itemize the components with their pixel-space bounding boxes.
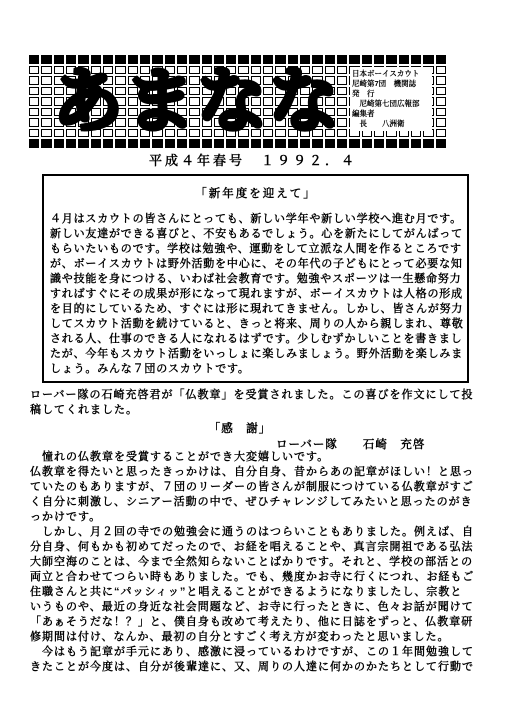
text-line: 修期間は付け、なんか、最初の自分とすごく考え方が変わったと思いました。 (30, 630, 492, 645)
text-line: ローバー隊の石崎充啓君が「仏教章」を受賞されました。この喜びを作文にして投 (30, 388, 490, 403)
text-line: たが、今年もスカウト活動をいっしょに楽しみましょう。野外活動を楽しみま (50, 347, 462, 362)
essay-body: 憧れの仏教章を受賞することができ大変嬉しいです。仏教章を得たいと思ったきっかけは… (30, 450, 492, 675)
text-line: 「あぁそうだな！？」と、僕自身も改めて考えたり、他に日誌をずっと、仏教章研 (30, 615, 492, 630)
newsletter-title: あまなな (53, 56, 341, 146)
essay-title: 「感 謝」 (30, 420, 450, 436)
text-line: しょう。みんな７団のスカウトです。 (50, 362, 462, 377)
text-line: 尼崎第七団広報部 (352, 99, 432, 109)
text-line: っかけです。 (30, 510, 492, 525)
publisher-info: 日本ボーイスカウト尼崎第7団 機関誌発 行 尼崎第七団広報部編集者 長 八洲衛 (350, 67, 432, 131)
text-line: もらいたいものです。学校は勉強や、運動をして立派な人間を作るところです (50, 242, 462, 257)
text-line: く自分に刺激し、シニアー活動の中で、ぜひチャレンジしてみたいと思ったのがき (30, 495, 492, 510)
text-line: 識や技能を身につける、いわば社会教育です。勉強やスポーツは一生懸命努力 (50, 272, 462, 287)
greeting-box: 「新年度を迎えて」 ４月はスカウトの皆さんにとっても、新しい学年や新しい学校へ進… (42, 174, 469, 383)
text-line: 両立と合わせてつらい時もありました。でも、幾度かお寺に行くにつれ、お経もご (30, 570, 492, 585)
text-line: 尼崎第7団 機関誌 (352, 79, 432, 89)
text-line: 大師空海のことは、今まで全然知らないことばかりです。それと、学校の部活との (30, 555, 492, 570)
text-line: 分自身、何もかも初めてだったので、お経を唱えることや、真言宗開祖である弘法 (30, 540, 492, 555)
text-line: 仏教章を得たいと思ったきっかけは、自分自身、昔からあの記章がほしい！と思っ (30, 465, 492, 480)
greeting-box-body: ４月はスカウトの皆さんにとっても、新しい学年や新しい学校へ進む月です。新しい友達… (50, 212, 462, 377)
text-line: ていたのもありますが、７団のリーダーの皆さんが制服につけている仏教章がすご (30, 480, 492, 495)
text-line: 新しい友達ができる喜びと、不安もあるでしょう。心を新たにしてがんばって (50, 227, 462, 242)
text-line: 長 八洲衛 (352, 119, 432, 129)
text-line: きたことが今度は、自分が後輩達に、又、周りの人達に何かのかたちとして行動で (30, 660, 492, 675)
text-line: を目的にしているため、すぐには形に現れてきません。しかし、皆さんが努力 (50, 302, 462, 317)
text-line: が、ボーイスカウトは野外活動を中心に、その年代の子どもにとって必要な知 (50, 257, 462, 272)
issue-date-line: 平成４年春号 １９９２．４ (0, 150, 506, 169)
text-line: 発 行 (352, 89, 432, 99)
text-line: 稿してくれました。 (30, 403, 490, 418)
masthead: あまなな 日本ボーイスカウト尼崎第7団 機関誌発 行 尼崎第七団広報部編集者 長… (29, 55, 446, 148)
text-line: してスカウト活動を続けていると、きっと将来、周りの人から親しまれ、尊敬 (50, 317, 462, 332)
greeting-box-title: 「新年度を迎えて」 (50, 185, 462, 201)
newsletter-page: あまなな 日本ボーイスカウト尼崎第7団 機関誌発 行 尼崎第七団広報部編集者 長… (0, 0, 506, 716)
text-line: 住職さんと共に“パッシィッ”と唱えることができるようになりましたし、宗教と (30, 585, 492, 600)
text-line: 編集者 (352, 109, 432, 119)
text-line: いうものや、最近の身近な社会問題など、お寺に行ったときに、色々お話が聞けて (30, 600, 492, 615)
text-line: ４月はスカウトの皆さんにとっても、新しい学年や新しい学校へ進む月です。 (50, 212, 462, 227)
text-line: すればすぐにその成果が形になって現れますが、ボーイスカウトは人格の形成 (50, 287, 462, 302)
text-line: 憧れの仏教章を受賞することができ大変嬉しいです。 (30, 450, 492, 465)
text-line: される人、仕事のできる人になれるはずです。少しむずかしいことを書きまし (50, 332, 462, 347)
text-line: 日本ボーイスカウト (352, 69, 432, 79)
announcement-paragraph: ローバー隊の石崎充啓君が「仏教章」を受賞されました。この喜びを作文にして投稿して… (30, 388, 490, 418)
text-line: しかし、月２回の寺での勉強会に通うのはつらいこともありました。例えば、自 (30, 525, 492, 540)
text-line: 今はもう記章が手元にあり、感激に浸っているわけですが、この１年間勉強して (30, 645, 492, 660)
